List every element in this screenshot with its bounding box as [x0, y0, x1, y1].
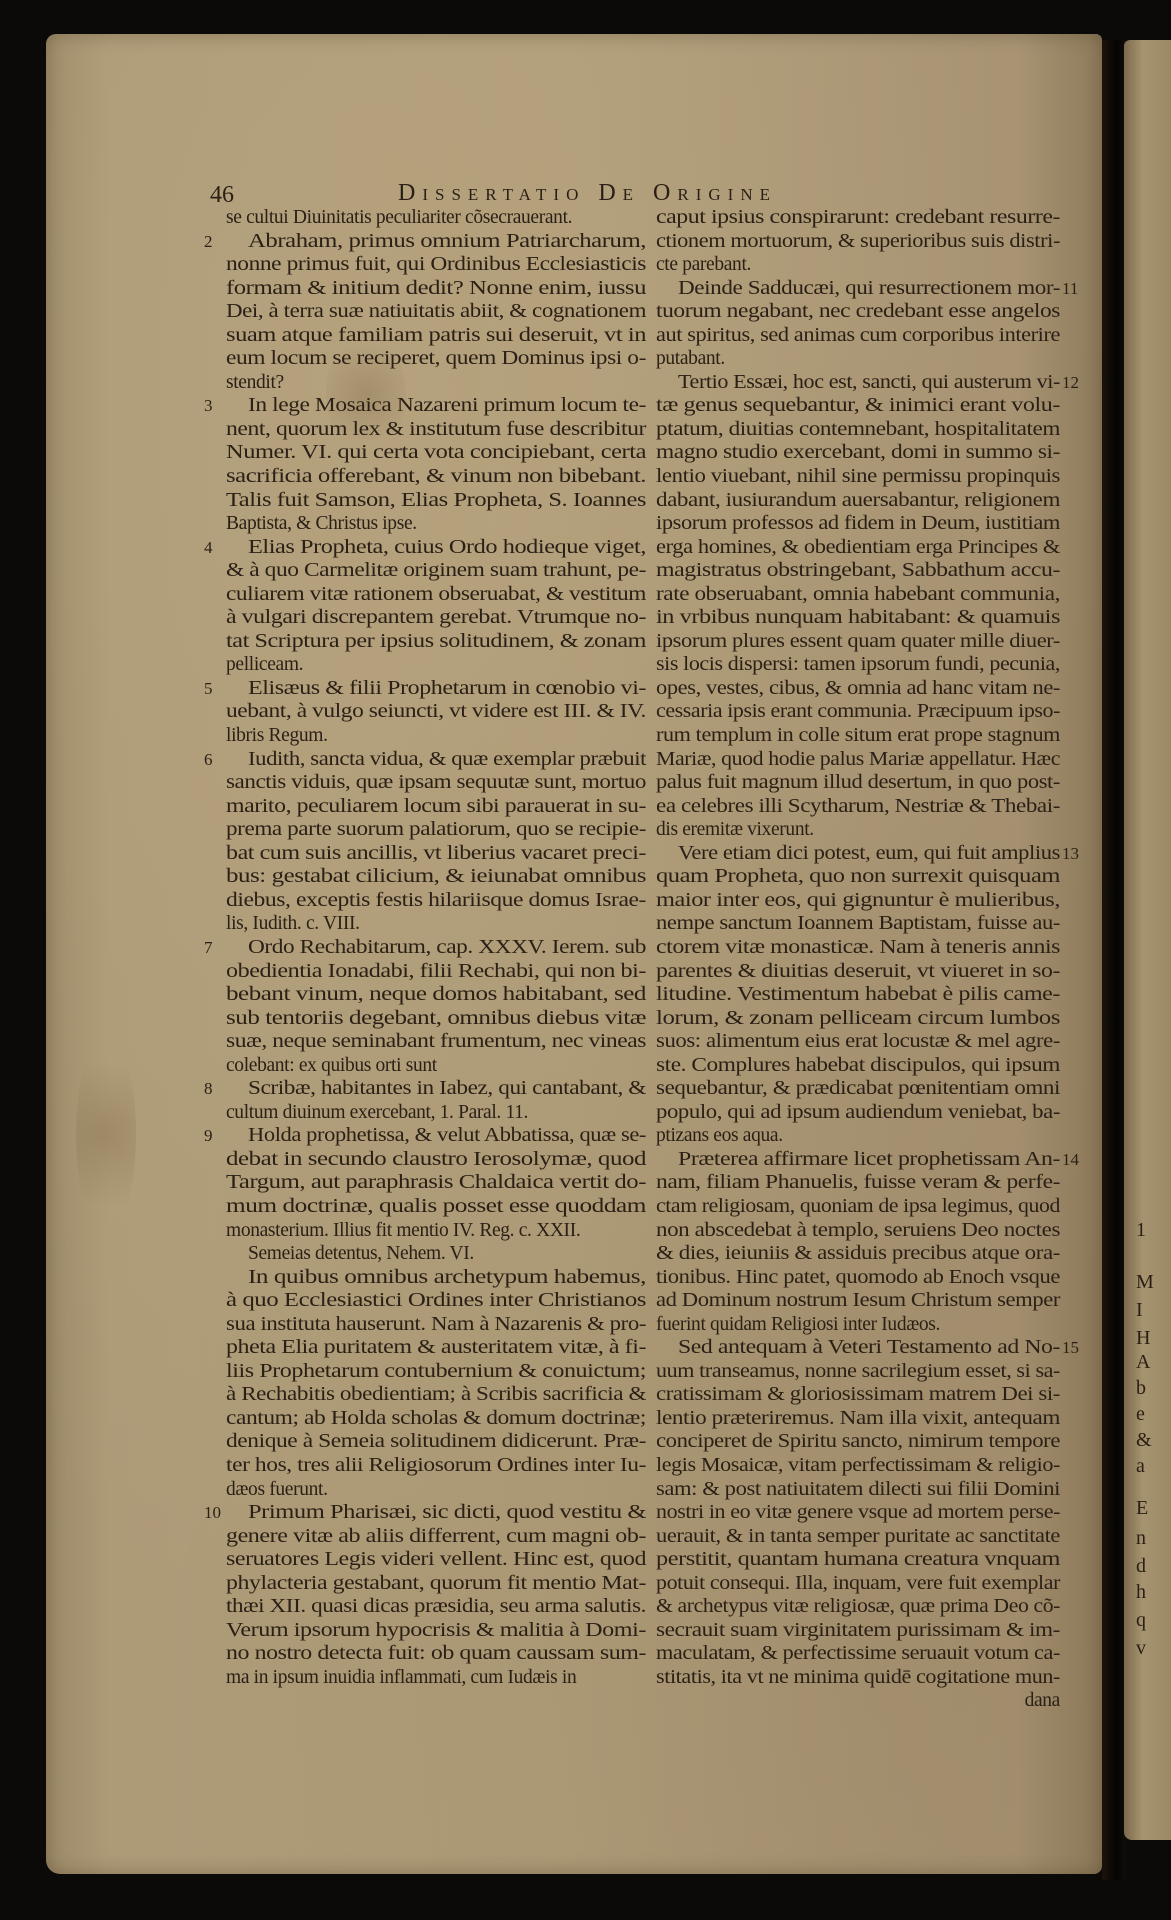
text-line: populo, qui ad ipsum audiendum veniebat,… — [656, 1101, 1060, 1125]
text-line: obedientia Ionadabi, filii Rechabi, qui … — [226, 960, 646, 984]
text-line: se cultui Diuinitatis peculiariter cõsec… — [226, 206, 646, 230]
text-line: Iudith, sancta vidua, & quæ exemplar præ… — [226, 748, 646, 772]
text-line: Ordo Rechabitarum, cap. XXXV. Ierem. sub — [226, 936, 646, 960]
text-line: denique à Semeia solitudinem didicerunt.… — [226, 1430, 646, 1454]
text-line: Numer. VI. qui certa vota concipiebant, … — [226, 441, 646, 465]
text-line: tuorum negabant, nec credebant esse ange… — [656, 300, 1060, 324]
text-line: à Rechabitis obedientiam; à Scribis sacr… — [226, 1383, 646, 1407]
next-page-text-fragment: A — [1136, 1352, 1150, 1372]
margin-section-number: 14 — [1062, 1148, 1079, 1172]
text-line: Baptista, & Christus ipse. — [226, 512, 646, 536]
text-line: suos: alimentum eius erat locustæ & mel … — [656, 1030, 1060, 1054]
text-line: nam, filiam Phanuelis, fuisse veram & pe… — [656, 1171, 1060, 1195]
text-line: ctionem mortuorum, & superioribus suis d… — [656, 230, 1060, 254]
text-line: parentes & diuitias deseruit, vt viueret… — [656, 960, 1060, 984]
margin-section-number: 10 — [204, 1501, 221, 1525]
next-page-text-fragment: a — [1136, 1456, 1145, 1476]
text-line: Sed antequam à Veteri Testamento ad No- — [656, 1336, 1060, 1360]
text-line: nempe sanctum Ioannem Baptistam, fuisse … — [656, 912, 1060, 936]
next-page-text-fragment: E — [1136, 1498, 1148, 1518]
book-gutter — [1102, 40, 1126, 1880]
next-page-text-fragment: H — [1136, 1328, 1150, 1348]
text-line: marito, peculiarem locum sibi parauerat … — [226, 795, 646, 819]
text-line: sanctis viduis, quæ ipsam sequutæ sunt, … — [226, 771, 646, 795]
text-line: à vulgari discrepantem gerebat. Vtrumque… — [226, 606, 646, 630]
text-line: diebus, exceptis festis hilariisque domu… — [226, 889, 646, 913]
text-line: In lege Mosaica Nazareni primum locum te… — [226, 394, 646, 418]
text-line: thæi XII. quasi dicas præsidia, seu arma… — [226, 1595, 646, 1619]
next-page-text-fragment: M — [1136, 1272, 1154, 1292]
text-line: Deinde Sadducæi, qui resurrectionem mor- — [656, 277, 1060, 301]
text-line: dæos fuerunt. — [226, 1478, 646, 1502]
text-line: Abraham, primus omnium Patriarcharum, — [226, 230, 646, 254]
margin-section-number: 15 — [1062, 1336, 1079, 1360]
text-line: litudine. Vestimentum habebat è pilis ca… — [656, 983, 1060, 1007]
text-line: & dies, ieiuniis & assiduis precibus atq… — [656, 1242, 1060, 1266]
margin-section-number: 8 — [204, 1077, 213, 1101]
text-line: lentio viuebant, nihil sine permissu pro… — [656, 465, 1060, 489]
text-line: Semeias detentus, Nehem. VI. — [226, 1242, 646, 1266]
text-line: ipsorum professos ad fidem in Deum, iust… — [656, 512, 1060, 536]
text-line: cessaria ipsis erant communia. Præcipuum… — [656, 700, 1060, 724]
next-page-text-fragment: v — [1136, 1638, 1146, 1658]
text-line: Mariæ, quod hodie palus Mariæ appellatur… — [656, 748, 1060, 772]
left-column: se cultui Diuinitatis peculiariter cõsec… — [226, 206, 646, 1689]
text-line: tat Scriptura per ipsius solitudinem, & … — [226, 630, 646, 654]
text-line: cte parebant. — [656, 253, 1060, 277]
text-line: aut spiritus, sed animas cum corporibus … — [656, 324, 1060, 348]
text-line: ste. Complures habebat discipulos, qui i… — [656, 1054, 1060, 1078]
text-line: quam Propheta, quo non surrexit quisquam — [656, 865, 1060, 889]
margin-section-number: 6 — [204, 748, 213, 772]
text-line: opes, vestes, cibus, & omnia ad hanc vit… — [656, 677, 1060, 701]
text-line: ctorem vitæ monasticæ. Nam à teneris ann… — [656, 936, 1060, 960]
text-line: debat in secundo claustro Ierosolymæ, qu… — [226, 1148, 646, 1172]
running-title: Dissertatio De Origine — [398, 180, 777, 207]
text-line: palus fuit magnum illud desertum, in quo… — [656, 771, 1060, 795]
text-line: seruatores Legis videri vellent. Hinc es… — [226, 1548, 646, 1572]
page-number: 46 — [210, 182, 234, 209]
text-line: lorum, & zonam pelliceam circum lumbos — [656, 1007, 1060, 1031]
right-column: caput ipsius conspirarunt: credebant res… — [656, 206, 1060, 1713]
text-line: stendit? — [226, 371, 646, 395]
text-line: mum doctrinæ, qualis posset esse quoddam — [226, 1195, 646, 1219]
margin-section-number: 13 — [1062, 842, 1079, 866]
text-line: nonne primus fuit, qui Ordinibus Ecclesi… — [226, 253, 646, 277]
text-line: in vrbibus nunquam habitabant: & quamuis — [656, 606, 1060, 630]
text-line: stitatis, ita vt ne minima quidē cogitat… — [656, 1666, 1060, 1690]
text-line: uerauit, & in tanta semper puritate ac s… — [656, 1525, 1060, 1549]
text-line: pheta Elia puritatem & austeritatem vitæ… — [226, 1336, 646, 1360]
next-page-text-fragment: & — [1136, 1430, 1152, 1450]
next-page-edge: 1MIHAbe&aEndhqv — [1124, 40, 1171, 1840]
text-line: Scribæ, habitantes in Iabez, qui cantaba… — [226, 1077, 646, 1101]
text-line: sacrificia offerebant, & vinum non bibeb… — [226, 465, 646, 489]
text-line: sub tentoriis degebant, omnibus diebus v… — [226, 1007, 646, 1031]
margin-section-number: 11 — [1062, 277, 1078, 301]
margin-section-number: 9 — [204, 1124, 213, 1148]
text-line: ma in ipsum inuidia inflammati, cum Iudæ… — [226, 1666, 646, 1690]
text-line: fuerint quidam Religiosi inter Iudæos. — [656, 1313, 1060, 1337]
text-line: libris Regum. — [226, 724, 646, 748]
margin-section-number: 2 — [204, 230, 213, 254]
text-line: perstitit, quantam humana creatura vnqua… — [656, 1548, 1060, 1572]
text-line: sequebantur, & prædicabat pœnitentiam om… — [656, 1077, 1060, 1101]
text-line: nostri in eo vitæ genere vsque ad mortem… — [656, 1501, 1060, 1525]
text-line: monasterium. Illius fit mentio IV. Reg. … — [226, 1219, 646, 1243]
text-line: sua instituta hauserunt. Nam à Nazarenis… — [226, 1313, 646, 1337]
text-line: secrauit suam virginitatem purissimam & … — [656, 1619, 1060, 1643]
text-line: no nostro detecta fuit: ob quam caussam … — [226, 1642, 646, 1666]
text-line: conciperet de Spiritu sancto, nimirum te… — [656, 1430, 1060, 1454]
text-line: ctam religiosam, quoniam de ipsa legimus… — [656, 1195, 1060, 1219]
text-line: dabant, iusiurandum auersabantur, religi… — [656, 489, 1060, 513]
margin-section-number: 4 — [204, 536, 213, 560]
text-line: Elias Propheta, cuius Ordo hodieque vige… — [226, 536, 646, 560]
text-line: In quibus omnibus archetypum habemus, — [226, 1266, 646, 1290]
paper-stain — [76, 1034, 136, 1234]
text-line: prema parte suorum palatiorum, quo se re… — [226, 818, 646, 842]
text-line: phylacteria gestabant, quorum fit mentio… — [226, 1572, 646, 1596]
text-line: cratissimam & gloriosissimam matrem Dei … — [656, 1383, 1060, 1407]
margin-section-number: 7 — [204, 936, 213, 960]
text-line: tionibus. Hinc patet, quomodo ab Enoch v… — [656, 1266, 1060, 1290]
text-line: Verum ipsorum hypocrisis & malitia à Dom… — [226, 1619, 646, 1643]
text-line: maior inter eos, qui gignuntur è mulieri… — [656, 889, 1060, 913]
text-line: rum templum in colle situm erat prope st… — [656, 724, 1060, 748]
text-line: cantum; ab Holda scholas & domum doctrin… — [226, 1407, 646, 1431]
text-line: Talis fuit Samson, Elias Propheta, S. Io… — [226, 489, 646, 513]
margin-section-number: 3 — [204, 394, 213, 418]
text-line: magno studio exercebant, domi in summo s… — [656, 441, 1060, 465]
text-line: ea celebres illi Scytharum, Nestriæ & Th… — [656, 795, 1060, 819]
text-line: magistratus obstringebant, Sabbathum acc… — [656, 559, 1060, 583]
text-line: rate obseruabant, omnia habebant communi… — [656, 583, 1060, 607]
text-line: sis locis dispersi: tamen ipsorum fundi,… — [656, 653, 1060, 677]
text-line: dana — [656, 1689, 1060, 1713]
next-page-text-fragment: n — [1136, 1528, 1146, 1548]
text-line: putabant. — [656, 347, 1060, 371]
text-line: potuit consequi. Illa, inquam, vere fuit… — [656, 1572, 1060, 1596]
text-line: culiarem vitæ rationem obseruabat, & ves… — [226, 583, 646, 607]
text-line: formam & initium dedit? Nonne enim, iuss… — [226, 277, 646, 301]
text-line: & à quo Carmelitæ originem suam trahunt,… — [226, 559, 646, 583]
next-page-text-fragment: b — [1136, 1378, 1146, 1398]
text-line: Elisæus & filii Prophetarum in cœnobio v… — [226, 677, 646, 701]
text-line: uum transeamus, nonne sacrilegium esset,… — [656, 1360, 1060, 1384]
text-line: suam atque familiam patris sui deseruit,… — [226, 324, 646, 348]
next-page-text-fragment: q — [1136, 1610, 1146, 1630]
text-line: ipsorum plures essent quam quater mille … — [656, 630, 1060, 654]
text-line: nent, quorum lex & institutum fuse descr… — [226, 418, 646, 442]
text-line: bus: gestabat cilicium, & ieiunabat omni… — [226, 865, 646, 889]
text-line: lentio præteriremus. Nam illa vixit, ant… — [656, 1407, 1060, 1431]
text-line: Targum, aut paraphrasis Chaldaica vertit… — [226, 1171, 646, 1195]
text-line: bat cum suis ancillis, vt liberius vacar… — [226, 842, 646, 866]
next-page-text-fragment: d — [1136, 1556, 1146, 1576]
text-line: suæ, neque seminabant frumentum, nec vin… — [226, 1030, 646, 1054]
text-line: à quo Ecclesiastici Ordines inter Christ… — [226, 1289, 646, 1313]
next-page-text-fragment: I — [1136, 1300, 1143, 1320]
text-line: legis Mosaicæ, vitam perfectissimam & re… — [656, 1454, 1060, 1478]
text-line: Præterea affirmare licet prophetissam An… — [656, 1148, 1060, 1172]
text-line: pelliceam. — [226, 653, 646, 677]
text-line: Holda prophetissa, & velut Abbatissa, qu… — [226, 1124, 646, 1148]
text-line: bebant vinum, neque domos habitabant, se… — [226, 983, 646, 1007]
next-page-text-fragment: 1 — [1136, 1220, 1146, 1240]
text-line: ad Dominum nostrum Iesum Christum semper — [656, 1289, 1060, 1313]
text-line: Primum Pharisæi, sic dicti, quod vestitu… — [226, 1501, 646, 1525]
text-line: cultum diuinum exercebant, 1. Paral. 11. — [226, 1101, 646, 1125]
text-line: tæ genus sequebantur, & inimici erant vo… — [656, 394, 1060, 418]
text-line: uebant, à vulgo seiuncti, vt videre est … — [226, 700, 646, 724]
text-line: sam: & post natiuitatem dilecti sui fili… — [656, 1478, 1060, 1502]
text-line: & archetypus vitæ religiosæ, quæ prima D… — [656, 1595, 1060, 1619]
text-line: dis eremitæ vixerunt. — [656, 818, 1060, 842]
text-line: eum locum se reciperet, quem Dominus ips… — [226, 347, 646, 371]
text-line: colebant: ex quibus orti sunt — [226, 1054, 646, 1078]
text-line: non abscedebat à templo, seruiens Deo no… — [656, 1219, 1060, 1243]
margin-section-number: 5 — [204, 677, 213, 701]
text-line: ptatum, diuitias contemnebant, hospitali… — [656, 418, 1060, 442]
text-line: ptizans eos aqua. — [656, 1124, 1060, 1148]
next-page-text-fragment: e — [1136, 1404, 1145, 1424]
next-page-text-fragment: h — [1136, 1582, 1146, 1602]
text-line: Tertio Essæi, hoc est, sancti, qui auste… — [656, 371, 1060, 395]
text-line: ter hos, tres alii Religiosorum Ordines … — [226, 1454, 646, 1478]
text-line: genere vitæ ab aliis differrent, cum mag… — [226, 1525, 646, 1549]
margin-section-number: 12 — [1062, 371, 1079, 395]
text-line: Vere etiam dici potest, eum, qui fuit am… — [656, 842, 1060, 866]
text-line: erga homines, & obedientiam erga Princip… — [656, 536, 1060, 560]
text-line: maculatam, & perfectissime seruauit votu… — [656, 1642, 1060, 1666]
text-line: liis Prophetarum contubernium & conuictu… — [226, 1360, 646, 1384]
text-line: caput ipsius conspirarunt: credebant res… — [656, 206, 1060, 230]
text-line: lis, Iudith. c. VIII. — [226, 912, 646, 936]
text-line: Dei, à terra suæ natiuitatis abiit, & co… — [226, 300, 646, 324]
